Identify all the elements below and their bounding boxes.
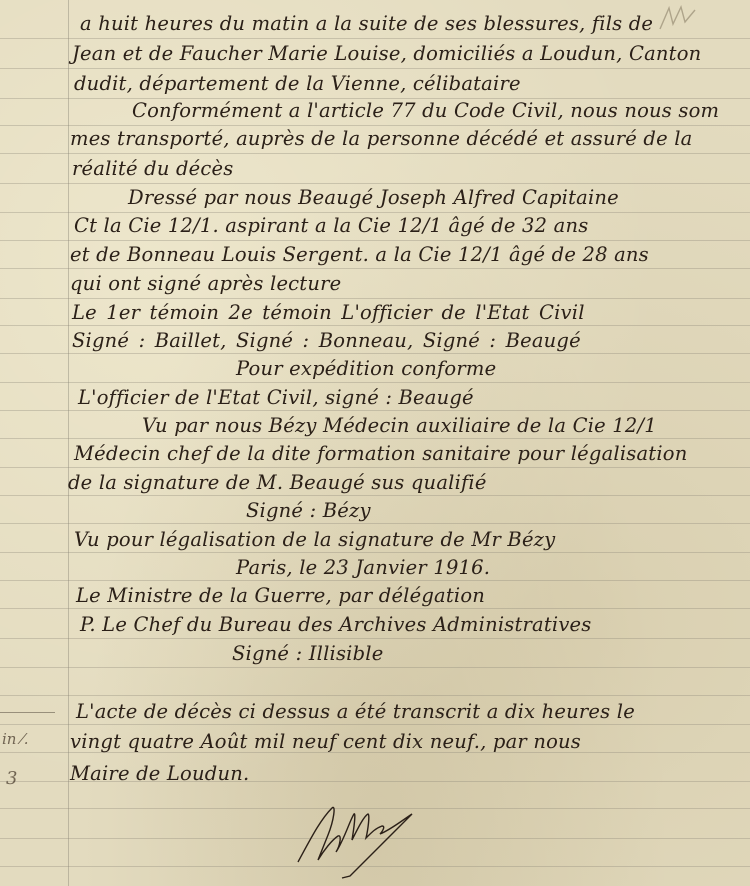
text-line: Signé : Bézy xyxy=(246,499,371,522)
text-line: Paris, le 23 Janvier 1916. xyxy=(236,556,490,579)
text-line: de la signature de M. Beaugé sus qualifi… xyxy=(68,471,487,494)
mayor-signature: Lévallé xyxy=(290,800,430,880)
text-line: P. Le Chef du Bureau des Archives Admini… xyxy=(80,613,592,636)
text-line: Ct la Cie 12/1. aspirant a la Cie 12/1 â… xyxy=(74,214,588,237)
text-line: Jean et de Faucher Marie Louise, domicil… xyxy=(72,42,701,65)
text-line: Dressé par nous Beaugé Joseph Alfred Cap… xyxy=(128,186,619,209)
text-line: dudit, département de la Vienne, célibat… xyxy=(74,72,521,95)
text-line: vingt quatre Août mil neuf cent dix neuf… xyxy=(70,730,581,753)
text-line: L'acte de décès ci dessus a été transcri… xyxy=(76,700,635,723)
margin-rule xyxy=(0,712,55,713)
text-line: Le 1er témoin 2e témoin L'officier de l'… xyxy=(72,301,585,324)
text-line: Le Ministre de la Guerre, par délégation xyxy=(76,584,485,607)
text-line: a huit heures du matin a la suite de ses… xyxy=(80,12,653,35)
text-line: réalité du décès xyxy=(72,157,233,180)
text-line: Signé : Illisible xyxy=(232,642,383,665)
text-line: et de Bonneau Louis Sergent. a la Cie 12… xyxy=(70,243,649,266)
text-line: Vu par nous Bézy Médecin auxiliaire de l… xyxy=(142,414,657,437)
text-line: Pour expédition conforme xyxy=(236,357,496,380)
document-page: in ⁄. 3 a huit heures du matin a la suit… xyxy=(0,0,750,886)
text-line: L'officier de l'Etat Civil, signé : Beau… xyxy=(78,386,474,409)
margin-note: in ⁄. xyxy=(2,730,29,748)
text-line: Signé : Baillet, Signé : Bonneau, Signé … xyxy=(72,329,581,352)
text-line: qui ont signé après lecture xyxy=(70,272,341,295)
pencil-mark-icon xyxy=(655,4,705,34)
text-line: mes transporté, auprès de la personne dé… xyxy=(70,127,693,150)
text-line: Conformément a l'article 77 du Code Civi… xyxy=(132,99,719,122)
text-line: Maire de Loudun. xyxy=(70,762,249,785)
margin-line xyxy=(68,0,69,886)
margin-note: 3 xyxy=(6,768,17,789)
text-line: Médecin chef de la dite formation sanita… xyxy=(74,442,687,465)
text-line: Vu pour légalisation de la signature de … xyxy=(74,528,555,551)
